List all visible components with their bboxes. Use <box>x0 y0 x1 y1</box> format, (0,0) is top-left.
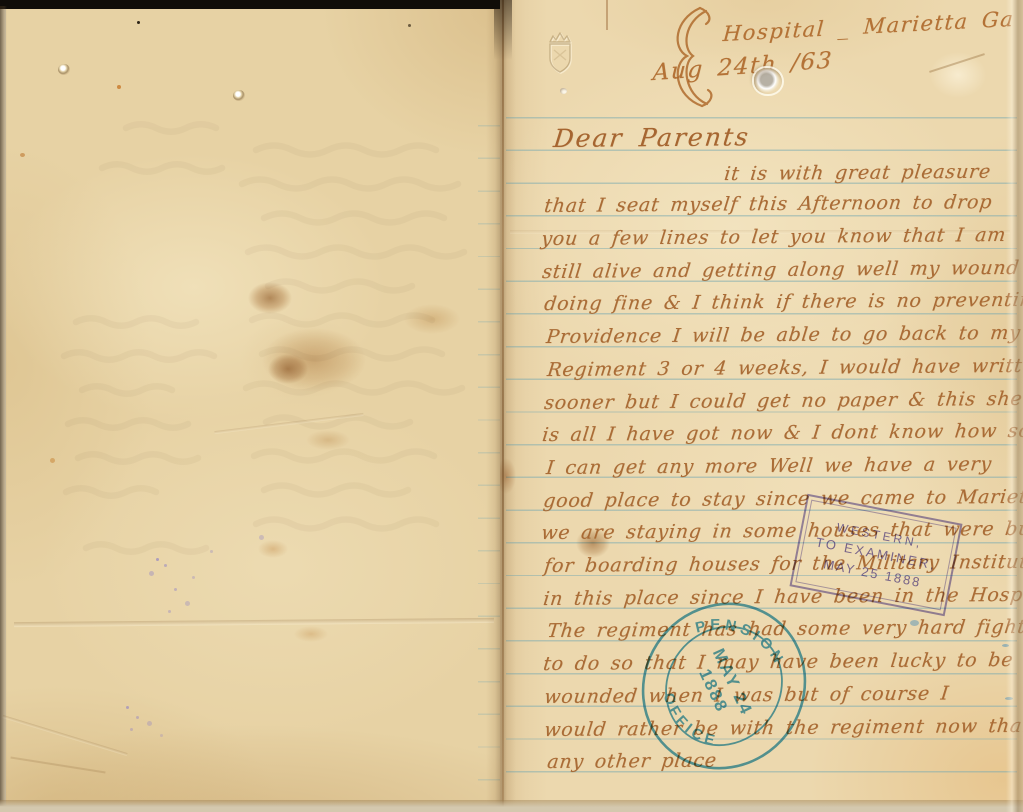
page-fold-crease <box>502 0 504 812</box>
dirt-speck <box>137 21 140 24</box>
scanned-letter: Hospital _ Marietta Ga Aug 24th /63 Dear… <box>0 0 1023 812</box>
dirt-speck <box>20 153 25 157</box>
letter-page-left <box>6 8 500 805</box>
ink-stain <box>268 354 308 384</box>
pinhole <box>58 64 70 75</box>
dirt-speck <box>50 458 55 463</box>
ink-bleedthrough <box>6 8 500 805</box>
letter-line: you a few lines to let you know that I a… <box>540 224 1007 250</box>
letter-line: in this place since I have been in the H… <box>542 584 1023 610</box>
purple-ink-speckles <box>126 706 129 709</box>
letter-line: doing fine & I think if there is no prev… <box>543 289 1023 315</box>
letter-heading-location: Hospital _ Marietta Ga <box>722 7 1015 46</box>
ink-stain <box>306 430 350 450</box>
ink-stain <box>258 540 288 558</box>
dirt-speck <box>408 24 411 27</box>
scan-edge-bottom <box>0 800 1023 812</box>
letter-salutation: Dear Parents <box>552 122 751 153</box>
ink-stain <box>404 304 460 334</box>
letter-line: is all I have got now & I dont know how … <box>541 420 1023 446</box>
page-fold-gutter <box>486 0 516 812</box>
ink-stain <box>294 626 328 642</box>
letter-line: I can get any more Well we have a very <box>545 453 993 479</box>
fold-crease <box>606 0 608 30</box>
letter-line: Providence I will be able to go back to … <box>545 322 1022 348</box>
letter-line: that I seat myself this Afternoon to dro… <box>543 191 994 217</box>
paper-nick <box>560 88 567 94</box>
letter-line: good place to stay since we came to Mari… <box>542 486 1023 512</box>
dirt-speck <box>117 85 121 89</box>
letter-line: sooner but I could get no paper & this s… <box>543 388 1023 414</box>
pinhole <box>233 90 245 101</box>
page-fold-shadow <box>494 0 512 60</box>
letter-line: it is with great pleasure <box>723 161 992 185</box>
ink-stain <box>248 282 292 314</box>
scan-edge-top <box>0 0 500 9</box>
scan-edge-left <box>0 6 7 806</box>
embossed-seal <box>542 28 578 80</box>
letter-line: still alive and getting along well my wo… <box>541 257 1023 283</box>
letter-line: Regiment 3 or 4 weeks, I would have writ… <box>546 355 1023 381</box>
purple-ink-speckles <box>156 558 159 561</box>
scan-edge-right <box>1006 0 1023 812</box>
paper-hole <box>754 68 782 94</box>
